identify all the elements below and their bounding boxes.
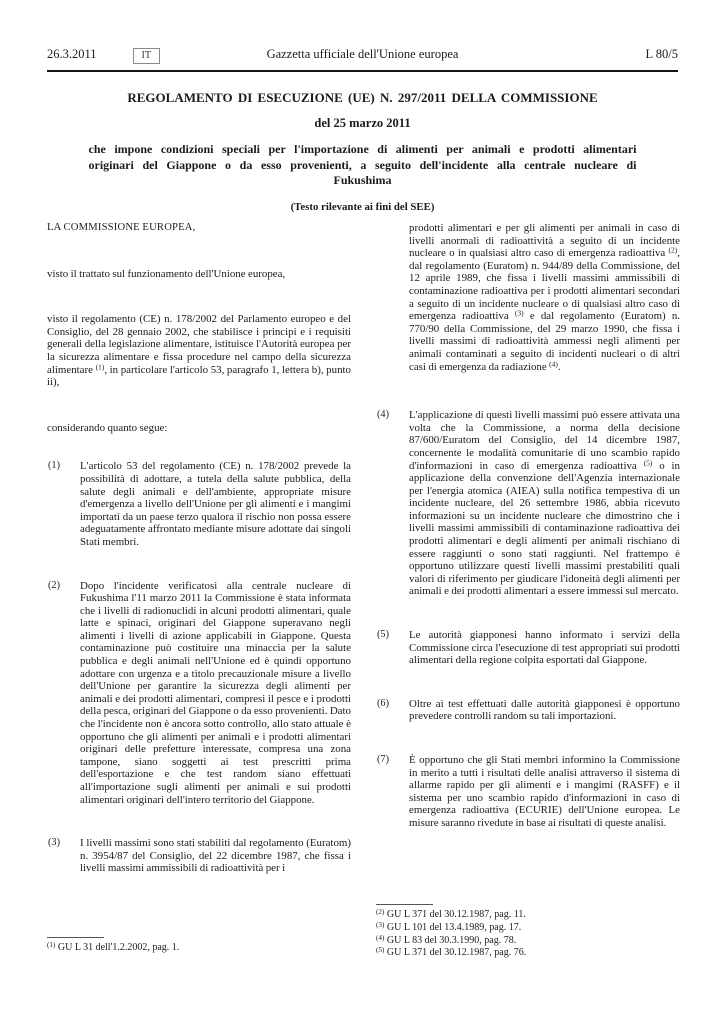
footnote-3-text: GU L 101 del 13.4.1989, pag. 17. — [387, 922, 521, 933]
recital-7: (7) È opportuno che gli Stati membri inf… — [376, 754, 680, 830]
recital-3-number: (3) — [48, 837, 60, 850]
footnote-4-text: GU L 83 del 30.3.1990, pag. 78. — [387, 935, 516, 946]
recital-3-text: I livelli massimi sono stati stabiliti d… — [80, 837, 351, 875]
citation-treaty: visto il trattato sul funzionamento dell… — [47, 268, 351, 281]
considering-line: considerando quanto segue: — [47, 422, 351, 435]
regulation-title: REGOLAMENTO DI ESECUZIONE (UE) N. 297/20… — [47, 90, 678, 106]
footnote-3-marker: (3) — [376, 921, 384, 929]
footnote-4-marker: (4) — [376, 934, 384, 942]
recital-2-text: Dopo l'incidente verificatosi alla centr… — [80, 580, 351, 807]
recital-7-number: (7) — [377, 754, 389, 767]
recital-6: (6) Oltre ai test effettuati dalle autor… — [376, 698, 680, 723]
footnote-1-marker: (1) — [47, 941, 55, 949]
recital-2: (2) Dopo l'incidente verificatosi alla c… — [47, 580, 351, 807]
footnotes-right: (2) GU L 371 del 30.12.1987, pag. 11. (3… — [376, 903, 680, 960]
recital-4: (4) L'applicazione di questi livelli mas… — [376, 409, 680, 598]
footnote-rule — [376, 904, 433, 905]
footnote-rule — [47, 937, 104, 938]
recital-1-text: L'articolo 53 del regolamento (CE) n. 17… — [80, 460, 351, 548]
footnote-1: (1) GU L 31 dell'1.2.2002, pag. 1. — [47, 942, 351, 955]
recital-5-number: (5) — [377, 629, 389, 642]
recital-5-text: Le autorità giapponesi hanno informato i… — [409, 629, 680, 667]
eea-relevance-note: (Testo rilevante ai fini del SEE) — [47, 201, 678, 213]
footnote-3: (3) GU L 101 del 13.4.1989, pag. 17. — [376, 922, 680, 935]
document-body: LA COMMISSIONE EUROPEA, visto il trattat… — [47, 222, 680, 875]
recital-3-continuation: prodotti alimentari e per gli alimenti p… — [376, 222, 680, 373]
opening-line: LA COMMISSIONE EUROPEA, — [47, 222, 351, 235]
footnote-2-marker: (2) — [376, 908, 384, 916]
citation-regulation: visto il regolamento (CE) n. 178/2002 de… — [47, 313, 351, 389]
footnote-5-marker: (5) — [376, 946, 384, 954]
left-column: LA COMMISSIONE EUROPEA, visto il trattat… — [47, 222, 351, 875]
recital-3: (3) I livelli massimi sono stati stabili… — [47, 837, 351, 875]
official-journal-page: 26.3.2011 IT Gazzetta ufficiale dell'Uni… — [0, 0, 725, 1024]
page-header: 26.3.2011 IT Gazzetta ufficiale dell'Uni… — [47, 47, 678, 65]
title-block: REGOLAMENTO DI ESECUZIONE (UE) N. 297/20… — [47, 90, 678, 213]
footnote-2: (2) GU L 371 del 30.12.1987, pag. 11. — [376, 909, 680, 922]
right-column: prodotti alimentari e per gli alimenti p… — [376, 222, 680, 875]
recital-5: (5) Le autorità giapponesi hanno informa… — [376, 629, 680, 667]
recital-6-number: (6) — [377, 698, 389, 711]
recital-6-text: Oltre ai test effettuati dalle autorità … — [409, 698, 680, 723]
recital-7-text: È opportuno che gli Stati membri informi… — [409, 754, 680, 830]
journal-title: Gazzetta ufficiale dell'Unione europea — [47, 47, 678, 62]
header-rule — [47, 70, 678, 72]
footnotes-left: (1) GU L 31 dell'1.2.2002, pag. 1. — [47, 936, 351, 955]
recital-1: (1) L'articolo 53 del regolamento (CE) n… — [47, 460, 351, 548]
recital-4-text: L'applicazione di questi livelli massimi… — [409, 409, 680, 598]
footnote-5-text: GU L 371 del 30.12.1987, pag. 76. — [387, 947, 526, 958]
footnote-4: (4) GU L 83 del 30.3.1990, pag. 78. — [376, 935, 680, 948]
recital-2-number: (2) — [48, 580, 60, 593]
footnote-1-text: GU L 31 dell'1.2.2002, pag. 1. — [58, 942, 179, 953]
regulation-date: del 25 marzo 2011 — [47, 116, 678, 131]
footnote-2-text: GU L 371 del 30.12.1987, pag. 11. — [387, 909, 526, 920]
footnote-5: (5) GU L 371 del 30.12.1987, pag. 76. — [376, 947, 680, 960]
recital-1-number: (1) — [48, 460, 60, 473]
recital-4-number: (4) — [377, 409, 389, 422]
regulation-subject: che impone condizioni speciali per l'imp… — [89, 142, 637, 189]
